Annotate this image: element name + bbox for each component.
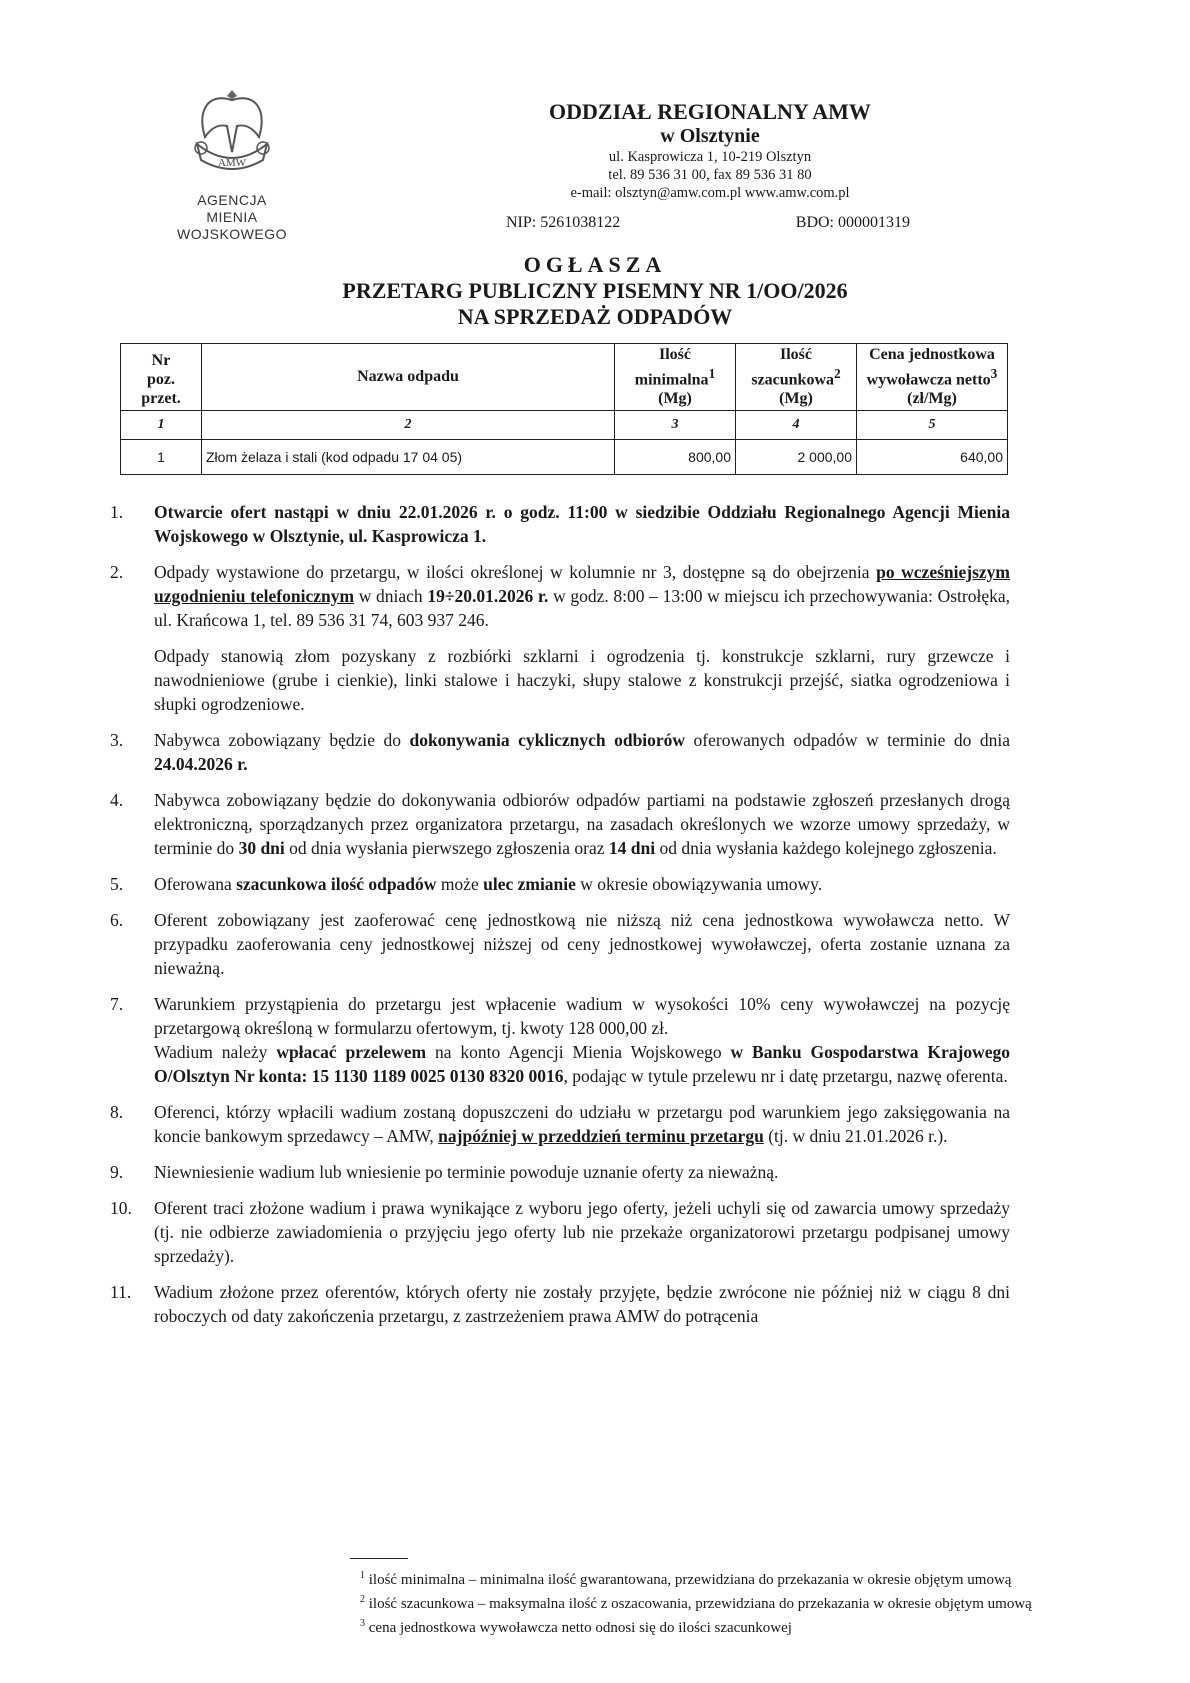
col-header-est: Ilośćszacunkowa2(Mg) (736, 344, 857, 411)
item-number: 9. (110, 1160, 154, 1184)
item-number: 3. (110, 728, 154, 776)
list-item: 5.Oferowana szacunkowa ilość odpadów moż… (110, 872, 1010, 896)
col-header-nr: Nrpoz.przet. (121, 344, 202, 411)
item-text: Nabywca zobowiązany będzie do dokonywani… (154, 788, 1010, 860)
item-text: Odpady wystawione do przetargu, w ilości… (154, 560, 1010, 632)
list-item: 10.Oferent traci złożone wadium i prawa … (110, 1196, 1010, 1268)
footnote-separator (350, 1558, 408, 1559)
item-text: Oferent zobowiązany jest zaoferować cenę… (154, 908, 1010, 980)
bdo: BDO: 000001319 (796, 214, 910, 232)
list-item: 4.Nabywca zobowiązany będzie do dokonywa… (110, 788, 1010, 860)
org-city: w Olsztynie (500, 124, 920, 148)
list-item: 6.Oferent zobowiązany jest zaoferować ce… (110, 908, 1010, 980)
item-text: Warunkiem przystąpienia do przetargu jes… (154, 992, 1010, 1088)
item-text: Oferowana szacunkowa ilość odpadów może … (154, 872, 1010, 896)
list-item: 11.Wadium złożone przez oferentów, który… (110, 1280, 1010, 1328)
eagle-emblem-icon: AMW (187, 82, 277, 182)
table-row: 1 Złom żelaza i stali (kod odpadu 17 04 … (121, 440, 1008, 475)
item-text: Oferent traci złożone wadium i prawa wyn… (154, 1196, 1010, 1268)
item-text: Nabywca zobowiązany będzie do dokonywani… (154, 728, 1010, 776)
waste-table: Nrpoz.przet. Nazwa odpadu Ilośćminimalna… (120, 343, 1008, 475)
org-address: ul. Kasprowicza 1, 10-219 Olsztyn (500, 148, 920, 166)
item-number: 4. (110, 788, 154, 860)
conditions-list: 1.Otwarcie ofert nastąpi w dniu 22.01.20… (110, 500, 1010, 1340)
org-name: ODDZIAŁ REGIONALNY AMW (500, 100, 920, 124)
list-item: 3.Nabywca zobowiązany będzie do dokonywa… (110, 728, 1010, 776)
org-email[interactable]: e-mail: olsztyn@amw.com.pl www.amw.com.p… (500, 184, 920, 202)
nip: NIP: 5261038122 (506, 214, 620, 232)
item-text: Oferenci, którzy wpłacili wadium zostaną… (154, 1100, 1010, 1148)
item-text: Niewniesienie wadium lub wniesienie po t… (154, 1160, 1010, 1184)
list-item: 8.Oferenci, którzy wpłacili wadium zosta… (110, 1100, 1010, 1148)
item-text: Otwarcie ofert nastąpi w dniu 22.01.2026… (154, 500, 1010, 548)
footnotes: 1 ilość minimalna – minimalna ilość gwar… (360, 1566, 1032, 1638)
footnote: 2 ilość szacunkowa – maksymalna ilość z … (360, 1590, 1032, 1614)
svg-text:AMW: AMW (218, 157, 247, 169)
list-item: 9.Niewniesienie wadium lub wniesienie po… (110, 1160, 1010, 1184)
agency-logo: AMW AGENCJA MIENIA WOJSKOWEGO (152, 82, 312, 243)
col-header-name: Nazwa odpadu (202, 344, 615, 411)
item-subparagraph: Odpady stanowią złom pozyskany z rozbiór… (154, 644, 1010, 716)
footnote: 1 ilość minimalna – minimalna ilość gwar… (360, 1566, 1032, 1590)
item-number: 10. (110, 1196, 154, 1268)
col-header-min: Ilośćminimalna1(Mg) (615, 344, 736, 411)
item-number: 6. (110, 908, 154, 980)
item-number: 7. (110, 992, 154, 1088)
item-number: 8. (110, 1100, 154, 1148)
col-header-price: Cena jednostkowawywoławcza netto3(zł/Mg) (857, 344, 1008, 411)
footnote: 3 cena jednostkowa wywoławcza netto odno… (360, 1614, 1032, 1638)
agency-name: AGENCJA MIENIA WOJSKOWEGO (152, 192, 312, 243)
letterhead: ODDZIAŁ REGIONALNY AMW w Olsztynie ul. K… (500, 100, 920, 232)
org-phone: tel. 89 536 31 00, fax 89 536 31 80 (500, 166, 920, 184)
list-item: 1.Otwarcie ofert nastąpi w dniu 22.01.20… (110, 500, 1010, 548)
item-number: 5. (110, 872, 154, 896)
item-number: 1. (110, 500, 154, 548)
list-item: 7.Warunkiem przystąpienia do przetargu j… (110, 992, 1010, 1088)
document-title: OGŁASZA PRZETARG PUBLICZNY PISEMNY NR 1/… (240, 252, 950, 330)
item-text: Wadium złożone przez oferentów, których … (154, 1280, 1010, 1328)
item-number: 11. (110, 1280, 154, 1328)
list-item: 2.Odpady wystawione do przetargu, w iloś… (110, 560, 1010, 632)
item-number: 2. (110, 560, 154, 632)
